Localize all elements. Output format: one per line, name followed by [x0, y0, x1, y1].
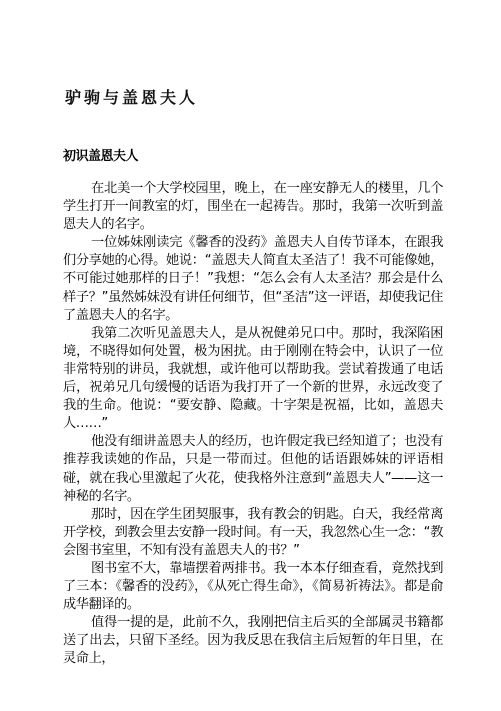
- paragraph: 他没有细讲盖恩夫人的经历，也许假定我已经知道了；也没有推荐我读她的作品，只是一带…: [63, 433, 443, 505]
- paragraph: 图书室不大，靠墙摆着两排书。我一本本仔细查看，竟然找到了三本：《馨香的没药》，《…: [63, 560, 443, 614]
- paragraph: 一位姊妹刚读完《馨香的没药》盖恩夫人自传节译本，在跟我们分享她的心得。她说：“盖…: [63, 234, 443, 324]
- paragraph: 在北美一个大学校园里，晚上，在一座安静无人的楼里，几个学生打开一间教室的灯，围坐…: [63, 180, 443, 234]
- paragraph: 那时，因在学生团契服事，我有教会的钥匙。白天，我经常离开学校，到教会里去安静一段…: [63, 506, 443, 560]
- document-title: 驴驹与盖恩夫人: [65, 88, 198, 108]
- body-text: 在北美一个大学校园里，晚上，在一座安静无人的楼里，几个学生打开一间教室的灯，围坐…: [63, 180, 443, 669]
- paragraph: 我第二次听见盖恩夫人，是从祝健弟兄口中。那时，我深陷困境，不晓得如何处置，极为困…: [63, 325, 443, 434]
- section-heading: 初识盖恩夫人: [63, 149, 138, 165]
- paragraph: 值得一提的是，此前不久，我刚把信主后买的全部属灵书籍都送了出去，只留下圣经。因为…: [63, 614, 443, 668]
